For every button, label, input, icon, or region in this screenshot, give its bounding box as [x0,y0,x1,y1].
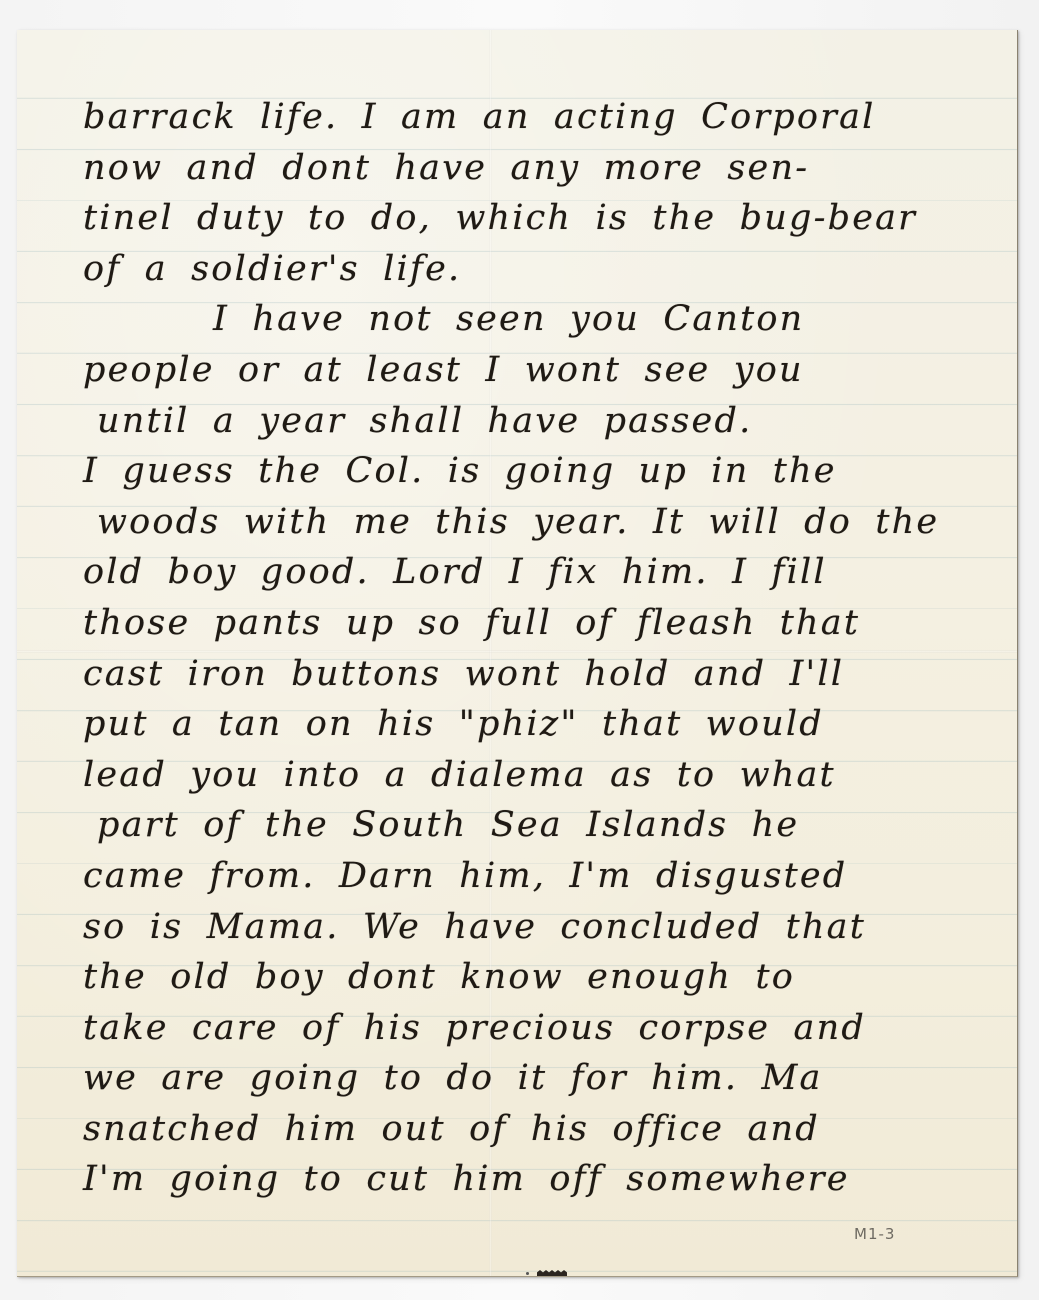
letter-line-3: tinel duty to do, which is the bug-bear [83,193,983,244]
letter-line-1: barrack life. I am an acting Corporal [83,92,983,143]
letter-line-13: put a tan on his "phiz" that would [83,699,983,750]
letter-line-21: snatched him out of his office and [83,1104,983,1155]
letter-line-9: woods with me this year. It will do the [83,497,983,548]
archive-id-label: M1-3 [854,1225,895,1243]
clip-mark-dot [526,1272,529,1275]
letter-line-16: came from. Darn him, I'm disgusted [83,851,983,902]
letter-line-12: cast iron buttons wont hold and I'll [83,649,983,700]
letter-line-15: part of the South Sea Islands he [83,800,983,851]
letter-line-6: people or at least I wont see you [83,345,983,396]
letter-line-2: now and dont have any more sen- [83,143,983,194]
letter-line-5: I have not seen you Canton [83,294,983,345]
letter-line-8: I guess the Col. is going up in the [83,446,983,497]
letter-line-19: take care of his precious corpse and [83,1003,983,1054]
letter-line-4: of a soldier's life. [83,244,983,295]
letter-line-18: the old boy dont know enough to [83,952,983,1003]
letter-line-14: lead you into a dialema as to what [83,750,983,801]
letter-line-20: we are going to do it for him. Ma [83,1053,983,1104]
letter-body: barrack life. I am an acting Corporal no… [83,92,983,1205]
letter-line-22: I'm going to cut him off somewhere [83,1154,983,1205]
letter-line-17: so is Mama. We have concluded that [83,902,983,953]
letter-line-11: those pants up so full of fleash that [83,598,983,649]
letter-line-10: old boy good. Lord I fix him. I fill [83,547,983,598]
letter-line-7: until a year shall have passed. [83,396,983,447]
